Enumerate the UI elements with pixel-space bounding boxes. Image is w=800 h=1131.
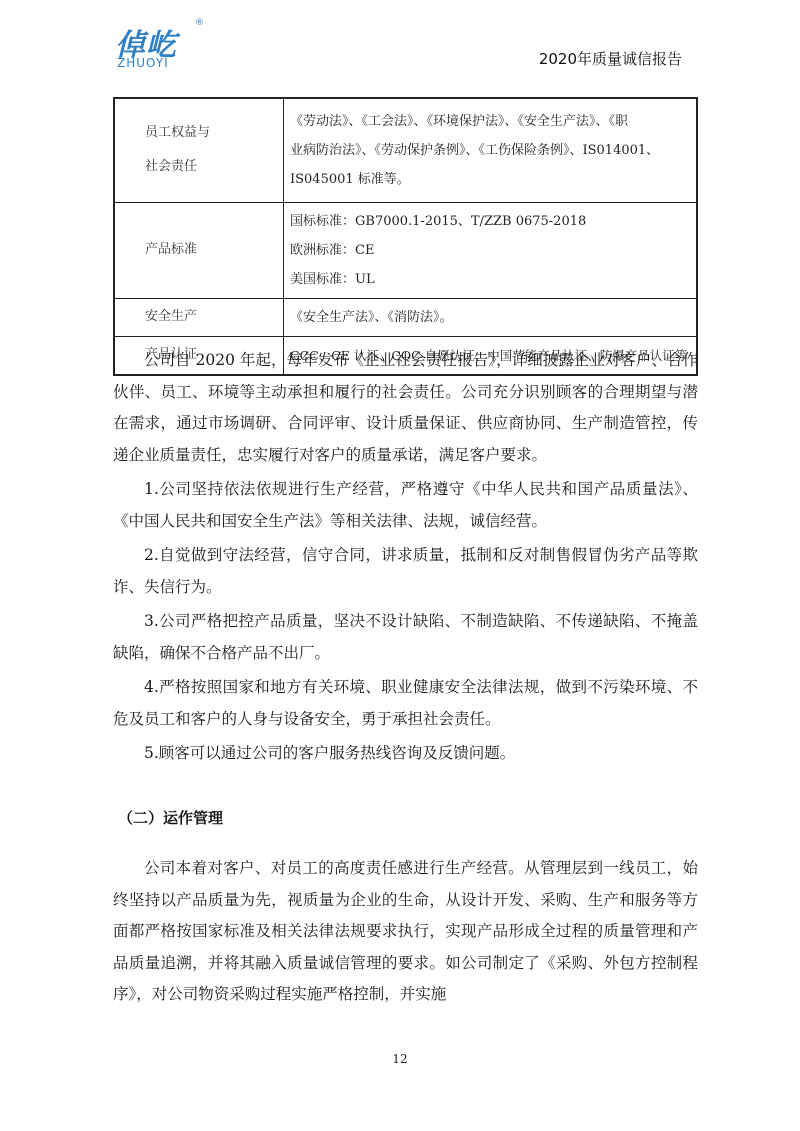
intro-paragraph: 公司自 2020 年起，每年发布《企业社会责任报告》，详细披露企业对客户、合作伙… xyxy=(113,345,698,471)
table-category-cell: 员工权益与 社会责任 xyxy=(114,98,284,202)
category-label: 社会责任 xyxy=(145,153,283,181)
report-title: 2020年质量诚信报告 xyxy=(539,48,682,69)
category-label: 员工权益与 xyxy=(145,119,283,147)
value-line: 美国标准：UL xyxy=(290,265,690,294)
intro-block: 公司自 2020 年起，每年发布《企业社会责任报告》，详细披露企业对客户、合作伙… xyxy=(113,345,698,770)
table-category-cell: 安全生产 xyxy=(114,298,284,336)
company-logo: 倬屹 ® ZHUOYI xyxy=(113,20,213,75)
value-line: IS045001 标准等。 xyxy=(290,165,690,194)
section-heading: （二）运作管理 xyxy=(118,807,223,828)
section-body-block: 公司本着对客户、对员工的高度责任感进行生产经营。从管理层到一线员工，始终坚持以产… xyxy=(113,853,698,1011)
table-category-cell: 产品标准 xyxy=(114,202,284,298)
table-value-cell: 《安全生产法》、《消防法》。 xyxy=(284,298,698,336)
category-label: 产品标准 xyxy=(145,236,283,264)
table-row: 安全生产 《安全生产法》、《消防法》。 xyxy=(114,298,697,336)
table-value-cell: 《劳动法》、《工会法》、《环境保护法》、《安全生产法》、《职 业病防治法》、《劳… xyxy=(284,98,698,202)
value-line: 《劳动法》、《工会法》、《环境保护法》、《安全生产法》、《职 xyxy=(290,107,690,136)
category-label: 安全生产 xyxy=(145,303,283,331)
logo-english-text: ZHUOYI xyxy=(117,56,169,70)
table-row: 产品标准 国标标准：GB7000.1-2015、T/ZZB 0675-2018 … xyxy=(114,202,697,298)
table-value-cell: 国标标准：GB7000.1-2015、T/ZZB 0675-2018 欧洲标准：… xyxy=(284,202,698,298)
value-line: 国标标准：GB7000.1-2015、T/ZZB 0675-2018 xyxy=(290,207,690,236)
commitment-item-3: 3.公司严格把控产品质量，坚决不设计缺陷、不制造缺陷、不传递缺陷、不掩盖缺陷，确… xyxy=(113,606,698,669)
commitment-item-2: 2.自觉做到守法经营，信守合同，讲求质量，抵制和反对制售假冒伪劣产品等欺诈、失信… xyxy=(113,540,698,603)
registered-mark-icon: ® xyxy=(195,18,204,28)
table-row: 员工权益与 社会责任 《劳动法》、《工会法》、《环境保护法》、《安全生产法》、《… xyxy=(114,98,697,202)
value-line: 业病防治法》、《劳动保护条例》、《工伤保险条例》、IS014001、 xyxy=(290,136,690,165)
commitment-item-5: 5.顾客可以通过公司的客户服务热线咨询及反馈问题。 xyxy=(113,738,698,770)
standards-table: 员工权益与 社会责任 《劳动法》、《工会法》、《环境保护法》、《安全生产法》、《… xyxy=(113,97,698,376)
value-line: 《安全生产法》、《消防法》。 xyxy=(290,303,690,332)
value-line: 欧洲标准：CE xyxy=(290,236,690,265)
page-number: 12 xyxy=(0,1052,800,1066)
commitment-item-1: 1.公司坚持依法依规进行生产经营，严格遵守《中华人民共和国产品质量法》、《中国人… xyxy=(113,474,698,537)
commitment-item-4: 4.严格按照国家和地方有关环境、职业健康安全法律法规，做到不污染环境、不危及员工… xyxy=(113,672,698,735)
section-body-paragraph: 公司本着对客户、对员工的高度责任感进行生产经营。从管理层到一线员工，始终坚持以产… xyxy=(113,853,698,1011)
